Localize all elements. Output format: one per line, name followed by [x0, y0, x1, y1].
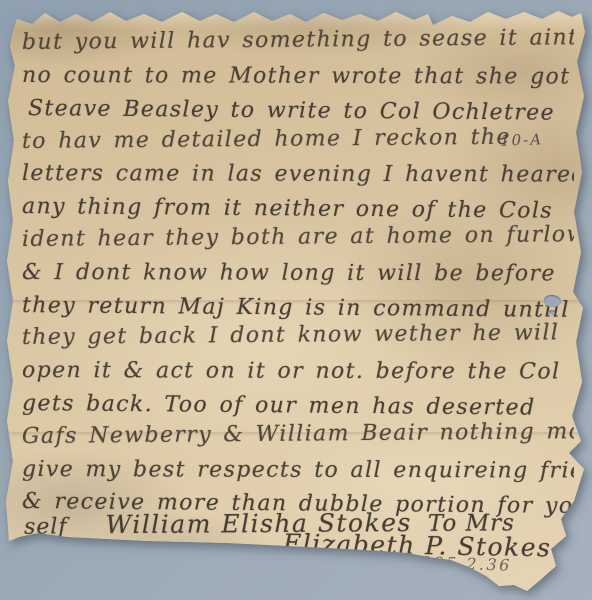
- accession-number: 1995.2.36: [408, 552, 513, 575]
- letter-paper: but you will hav something to sease it a…: [0, 0, 592, 600]
- paper-hole: [544, 295, 561, 307]
- letter-line: open it & act on it or not. before the C…: [22, 356, 574, 387]
- letter-line: give my best respects to all enquireing …: [22, 455, 574, 486]
- letter-line: Gafs Newberry & William Beair nothing mo…: [22, 417, 574, 452]
- paper-hole: [549, 310, 555, 315]
- letter-line: no count to me Mother wrote that she got: [22, 61, 574, 92]
- closing-self-word: self: [24, 514, 68, 539]
- letter-line: to hav me detailed home I reckon the: [22, 122, 574, 157]
- letter-line: but you will hav something to sease it a…: [22, 23, 574, 58]
- letter-line: they get back I dont know wether he will: [22, 318, 574, 353]
- letter-line: ident hear they both are at home on furl…: [22, 220, 574, 255]
- letter-photograph: but you will hav something to sease it a…: [0, 0, 592, 600]
- margin-note: 10-A: [500, 130, 544, 149]
- letter-line: & I dont know how long it will be before: [22, 258, 574, 289]
- letter-line: letters came in las evening I havent hea…: [22, 159, 574, 190]
- paper-shadow-wrap: but you will hav something to sease it a…: [0, 0, 592, 600]
